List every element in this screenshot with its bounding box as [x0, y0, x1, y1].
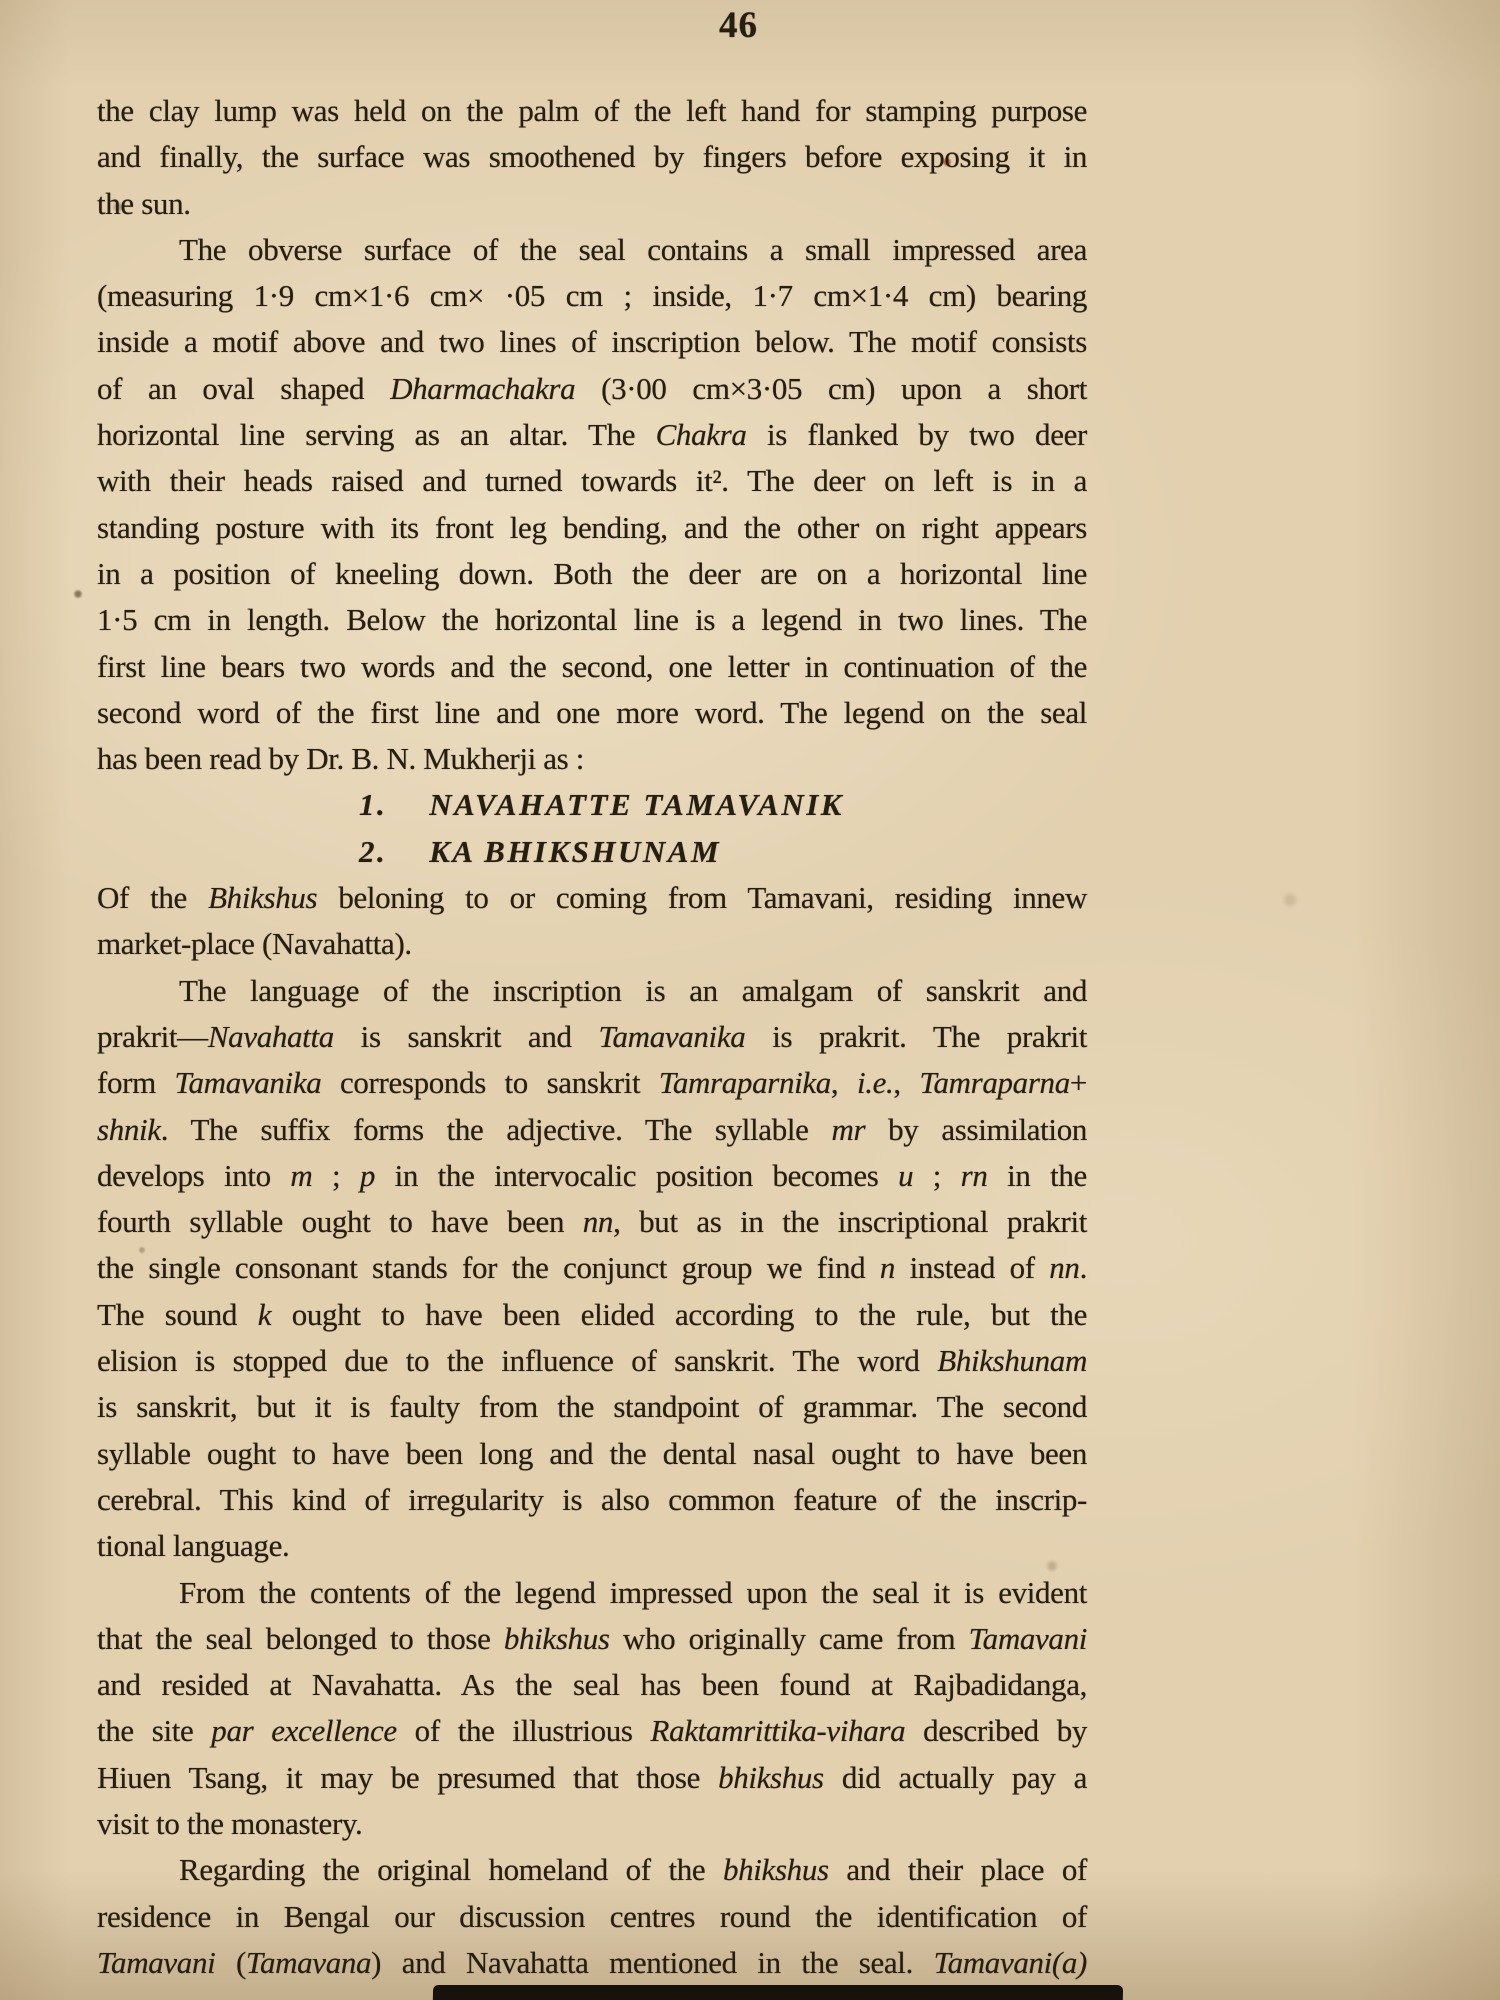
text-line: shnik. The suffix forms the adjective. T…	[97, 1107, 1087, 1153]
paragraph: From the contents of the legend impresse…	[97, 1570, 1087, 1848]
text-line: develops into m ; p in the intervocalic …	[97, 1153, 1087, 1199]
text-line: and resided at Navahatta. As the seal ha…	[97, 1662, 1087, 1708]
text-line: (measuring 1·9 cm×1·6 cm× ·05 cm ; insid…	[97, 273, 1087, 319]
text-line: 1.NAVAHATTE TAMAVANIK	[97, 782, 1087, 828]
text-line: fourth syllable ought to have been nn, b…	[97, 1199, 1087, 1245]
paragraph: Of the Bhikshus beloning to or coming fr…	[97, 875, 1087, 968]
paragraph: The obverse surface of the seal contains…	[97, 227, 1087, 783]
text-line: 1·5 cm in length. Below the horizontal l…	[97, 597, 1087, 643]
text-line: of an oval shaped Dharmachakra (3·00 cm×…	[97, 366, 1087, 412]
text-line: syllable ought to have been long and the…	[97, 1431, 1087, 1477]
seal-legend: 1.NAVAHATTE TAMAVANIK2.KA BHIKSHUNAM	[97, 782, 1087, 875]
text-line: form Tamavanika corresponds to sanskrit …	[97, 1060, 1087, 1106]
text-line: Hiuen Tsang, it may be presumed that tho…	[97, 1755, 1087, 1801]
text-line: with their heads raised and turned towar…	[97, 458, 1087, 504]
text-line: prakrit—Navahatta is sanskrit and Tamava…	[97, 1014, 1087, 1060]
paragraph: the clay lump was held on the palm of th…	[97, 88, 1087, 227]
text-line: Tamavani (Tamavana) and Navahatta mentio…	[97, 1940, 1087, 1986]
text-line: 2.KA BHIKSHUNAM	[97, 829, 1087, 875]
paragraph: The language of the inscription is an am…	[97, 968, 1087, 1570]
text-line: the clay lump was held on the palm of th…	[97, 88, 1087, 134]
text-line: is sanskrit, but it is faulty from the s…	[97, 1384, 1087, 1430]
text-line: visit to the monastery.	[97, 1801, 1087, 1847]
text-line: From the contents of the legend impresse…	[97, 1570, 1087, 1616]
scanned-book-page: 46 the clay lump was held on the palm of…	[0, 0, 1500, 2000]
text-line: horizontal line serving as an altar. The…	[97, 412, 1087, 458]
text-line: The language of the inscription is an am…	[97, 968, 1087, 1014]
text-line: and finally, the surface was smoothened …	[97, 134, 1087, 180]
text-line: residence in Bengal our discussion centr…	[97, 1894, 1087, 1940]
text-line: elision is stopped due to the influence …	[97, 1338, 1087, 1384]
scan-artifact-band	[433, 1985, 1123, 2000]
text-line: the sun.	[97, 181, 1087, 227]
page-number: 46	[719, 4, 758, 47]
text-line: the site par excellence of the illustrio…	[97, 1708, 1087, 1754]
text-line: standing posture with its front leg bend…	[97, 505, 1087, 551]
paragraph: Regarding the original homeland of the b…	[97, 1847, 1087, 1986]
text-line: first line bears two words and the secon…	[97, 644, 1087, 690]
text-line: The sound k ought to have been elided ac…	[97, 1292, 1087, 1338]
text-line: Regarding the original homeland of the b…	[97, 1847, 1087, 1893]
text-line: market-place (Navahatta).	[97, 921, 1087, 967]
text-line: has been read by Dr. B. N. Mukherji as :	[97, 736, 1087, 782]
text-line: tional language.	[97, 1523, 1087, 1569]
text-line: Of the Bhikshus beloning to or coming fr…	[97, 875, 1087, 921]
text-line: inside a motif above and two lines of in…	[97, 319, 1087, 365]
text-line: in a position of kneeling down. Both the…	[97, 551, 1087, 597]
text-line: that the seal belonged to those bhikshus…	[97, 1616, 1087, 1662]
text-line: the single consonant stands for the conj…	[97, 1245, 1087, 1291]
text-block: the clay lump was held on the palm of th…	[97, 88, 1087, 1986]
text-line: The obverse surface of the seal contains…	[97, 227, 1087, 273]
text-line: cerebral. This kind of irregularity is a…	[97, 1477, 1087, 1523]
text-line: second word of the first line and one mo…	[97, 690, 1087, 736]
